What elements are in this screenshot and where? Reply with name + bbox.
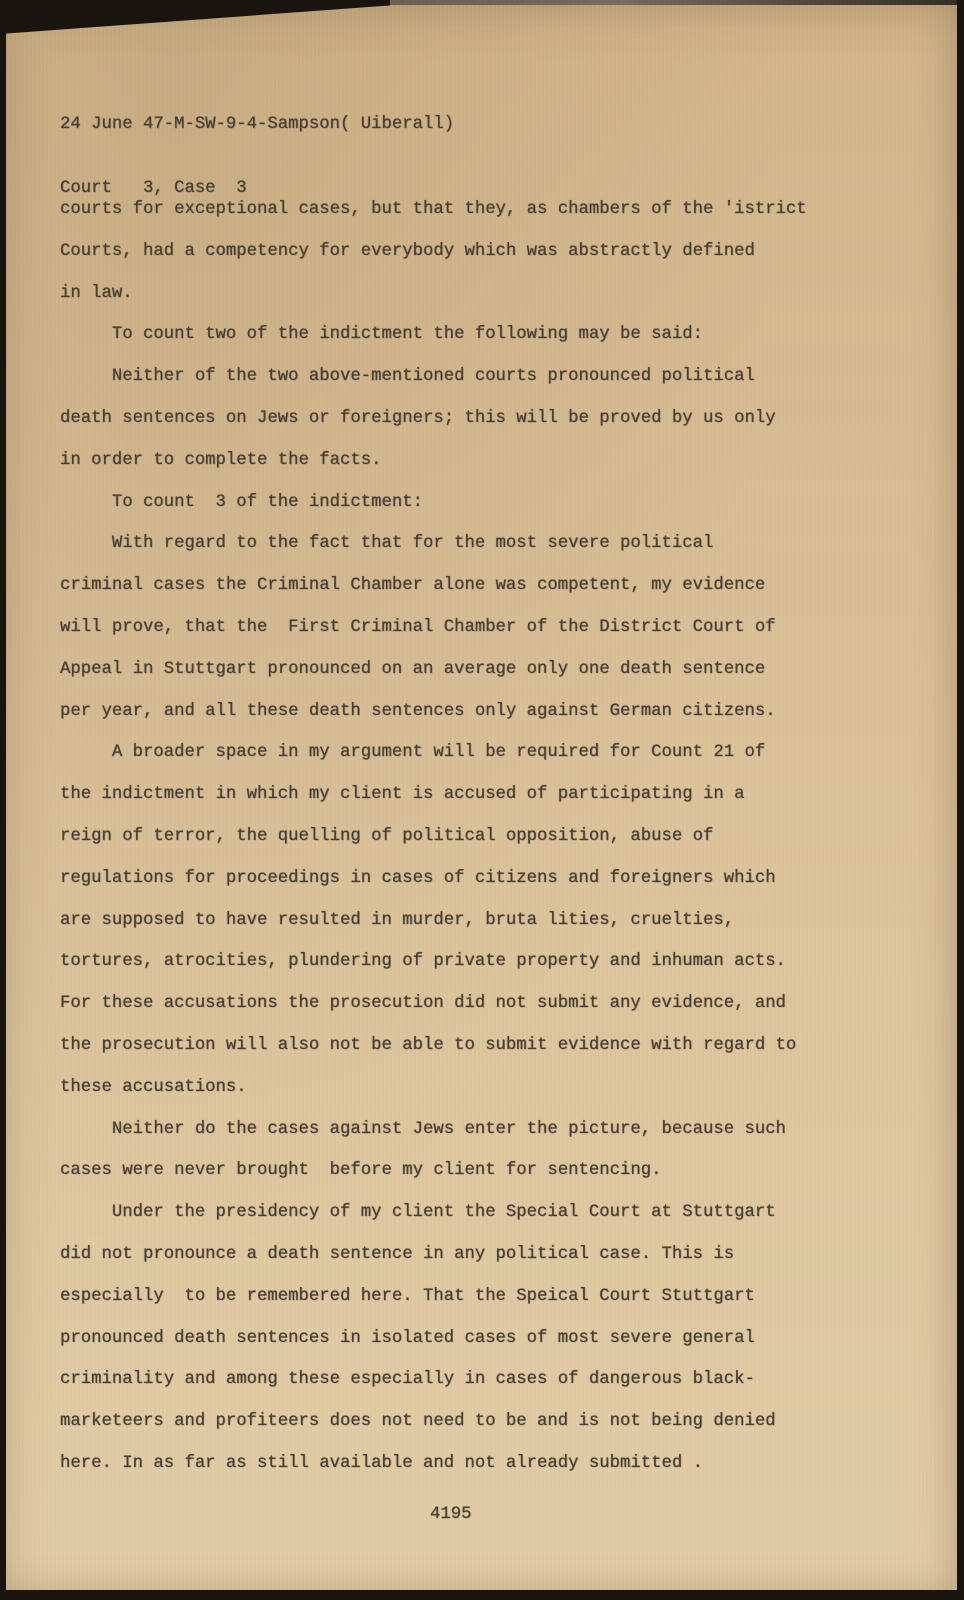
text-line: did not pronounce a death sentence in an… (60, 1234, 807, 1276)
text-line: Appeal in Stuttgart pronounced on an ave… (60, 649, 807, 691)
text-line: here. In as far as still available and n… (60, 1443, 807, 1485)
text-line: in law. (60, 273, 807, 315)
text-line: To count 3 of the indictment: (60, 482, 807, 524)
text-line: pronounced death sentences in isolated c… (60, 1318, 807, 1360)
scanned-document-page: 24 June 47-M-SW-9-4-Sampson( Uiberall) C… (0, 0, 964, 1600)
scan-edge-left (0, 0, 6, 1600)
text-line: To count two of the indictment the follo… (60, 314, 807, 356)
text-line: Neither of the two above-mentioned court… (60, 356, 807, 398)
text-line: Neither do the cases against Jews enter … (60, 1109, 807, 1151)
scan-edge-bottom (0, 1590, 964, 1600)
text-line: are supposed to have resulted in murder,… (60, 900, 807, 942)
document-body: courts for exceptional cases, but that t… (60, 189, 807, 1485)
scan-edge-top-left-wedge (0, 0, 390, 34)
text-line: the indictment in which my client is acc… (60, 774, 807, 816)
text-line: death sentences on Jews or foreigners; t… (60, 398, 807, 440)
text-line: will prove, that the First Criminal Cham… (60, 607, 807, 649)
text-line: courts for exceptional cases, but that t… (60, 189, 807, 231)
text-line: A broader space in my argument will be r… (60, 732, 807, 774)
text-line: cases were never brought before my clien… (60, 1150, 807, 1192)
text-line: especially to be remembered here. That t… (60, 1276, 807, 1318)
text-line: regulations for proceedings in cases of … (60, 858, 807, 900)
text-line: For these accusations the prosecution di… (60, 983, 807, 1025)
header-line-1: 24 June 47-M-SW-9-4-Sampson( Uiberall) (60, 112, 454, 138)
text-line: criminal cases the Criminal Chamber alon… (60, 565, 807, 607)
text-line: reign of terror, the quelling of politic… (60, 816, 807, 858)
scan-edge-right (957, 0, 964, 1600)
text-line: in order to complete the facts. (60, 440, 807, 482)
text-line: the prosecution will also not be able to… (60, 1025, 807, 1067)
page-number: 4195 (430, 1504, 471, 1526)
text-line: Courts, had a competency for everybody w… (60, 231, 807, 273)
text-line: per year, and all these death sentences … (60, 691, 807, 733)
text-line: Under the presidency of my client the Sp… (60, 1192, 807, 1234)
text-line: With regard to the fact that for the mos… (60, 523, 807, 565)
text-line: these accusations. (60, 1067, 807, 1109)
text-line: tortures, atrocities, plundering of priv… (60, 941, 807, 983)
text-line: criminality and among these especially i… (60, 1359, 807, 1401)
text-line: marketeers and profiteers does not need … (60, 1401, 807, 1443)
